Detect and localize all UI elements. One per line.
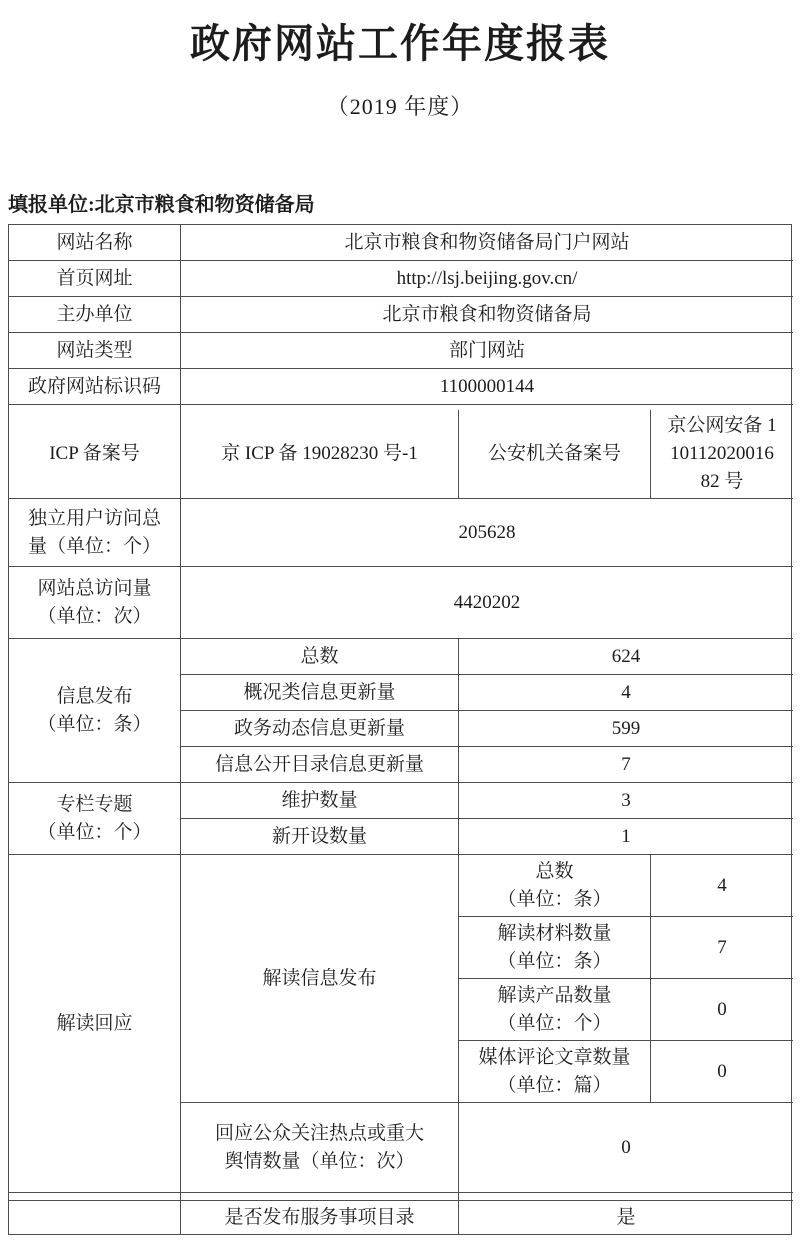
interp-total-label: 总数 （单位：条） <box>459 855 651 917</box>
reporting-unit-line: 填报单位:北京市粮食和物资储备局 <box>8 188 315 217</box>
site-type-label: 网站类型 <box>9 333 181 369</box>
unique-visitors-label: 独立用户访问总量（单位：个） <box>9 499 181 567</box>
interp-media-label: 媒体评论文章数量 （单位：篇） <box>459 1041 651 1103</box>
columns-new-label: 新开设数量 <box>181 819 459 855</box>
interpretation-label: 解读回应 <box>9 855 181 1193</box>
site-code-value: 1100000144 <box>181 369 793 405</box>
info-open-catalog-value: 7 <box>459 747 793 783</box>
icp-value: 京 ICP 备 19028230 号-1 <box>181 410 459 499</box>
service-catalog-value: 是 <box>459 1201 793 1234</box>
special-columns-unit-text: （单位：个） <box>37 819 151 847</box>
info-publish-unit-text: （单位：条） <box>37 711 151 739</box>
annual-report-table: 网站名称 北京市粮食和物资储备局门户网站 首页网址 http://lsj.bei… <box>8 224 792 1235</box>
info-publish-label-text: 信息发布 <box>56 683 132 711</box>
psb-record-value: 京公网安备 11011202001682 号 <box>651 410 793 499</box>
info-overview-label: 概况类信息更新量 <box>181 675 459 711</box>
info-total-value: 624 <box>459 639 793 675</box>
interp-materials-value: 7 <box>651 917 793 979</box>
interpretation-publish-label: 解读信息发布 <box>181 855 459 1103</box>
interp-products-value: 0 <box>651 979 793 1041</box>
service-catalog-section-cell <box>9 1201 181 1234</box>
service-catalog-label: 是否发布服务事项目录 <box>181 1201 459 1234</box>
psb-record-label: 公安机关备案号 <box>459 410 651 499</box>
columns-maintained-value: 3 <box>459 783 793 819</box>
hotspot-response-value: 0 <box>459 1103 793 1193</box>
table-section-gap <box>9 1193 181 1201</box>
table-section-gap <box>459 1193 793 1201</box>
sponsor-label: 主办单位 <box>9 297 181 333</box>
home-url-value: http://lsj.beijing.gov.cn/ <box>181 261 793 297</box>
icp-label: ICP 备案号 <box>9 410 181 499</box>
interp-total-value: 4 <box>651 855 793 917</box>
interp-products-label: 解读产品数量 （单位：个） <box>459 979 651 1041</box>
special-columns-label-text: 专栏专题 <box>56 791 132 819</box>
site-type-value: 部门网站 <box>181 333 793 369</box>
info-open-catalog-label: 信息公开目录信息更新量 <box>181 747 459 783</box>
hotspot-response-label: 回应公众关注热点或重大舆情数量（单位：次） <box>181 1103 459 1193</box>
sponsor-value: 北京市粮食和物资储备局 <box>181 297 793 333</box>
site-name-value: 北京市粮食和物资储备局门户网站 <box>181 225 793 261</box>
home-url-label: 首页网址 <box>9 261 181 297</box>
page-subtitle: （2019 年度） <box>0 90 800 121</box>
columns-maintained-label: 维护数量 <box>181 783 459 819</box>
info-total-label: 总数 <box>181 639 459 675</box>
total-visits-label: 网站总访问量（单位：次） <box>9 567 181 639</box>
info-publish-label: 信息发布 （单位：条） <box>9 639 181 783</box>
page-title: 政府网站工作年度报表 <box>0 12 800 69</box>
site-code-label: 政府网站标识码 <box>9 369 181 405</box>
table-section-gap <box>181 1193 459 1201</box>
interp-media-value: 0 <box>651 1041 793 1103</box>
unique-visitors-value: 205628 <box>181 499 793 567</box>
special-columns-label: 专栏专题 （单位：个） <box>9 783 181 855</box>
info-gov-news-label: 政务动态信息更新量 <box>181 711 459 747</box>
interp-materials-label: 解读材料数量 （单位：条） <box>459 917 651 979</box>
total-visits-value: 4420202 <box>181 567 793 639</box>
columns-new-value: 1 <box>459 819 793 855</box>
site-name-label: 网站名称 <box>9 225 181 261</box>
info-gov-news-value: 599 <box>459 711 793 747</box>
info-overview-value: 4 <box>459 675 793 711</box>
